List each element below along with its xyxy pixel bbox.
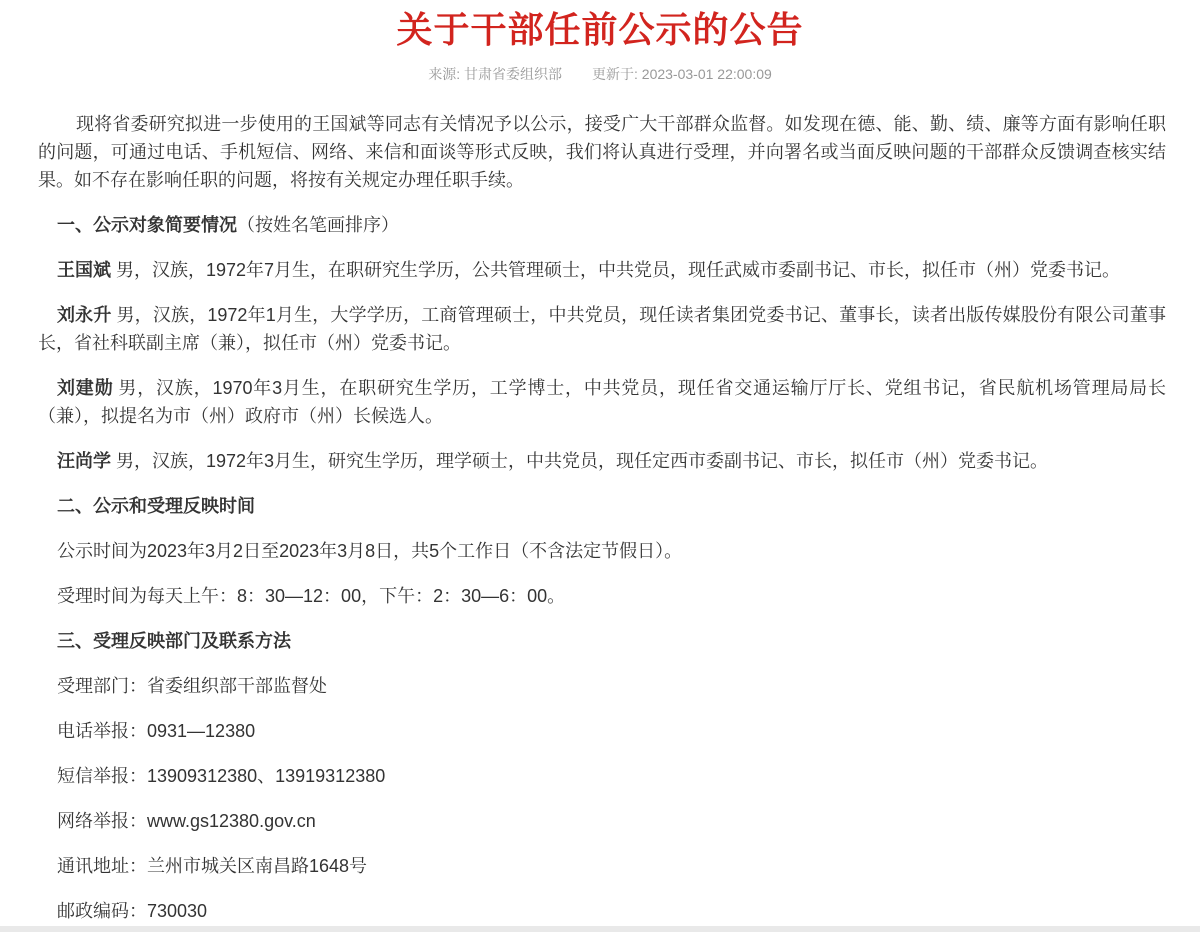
person-row: 刘建勋男，汉族，1970年3月生，在职研究生学历，工学博士，中共党员，现任省交通… bbox=[38, 374, 1166, 430]
section-2-heading: 二、公示和受理反映时间 bbox=[38, 492, 1166, 520]
postal-code-line: 邮政编码：730030 bbox=[38, 897, 1166, 925]
section-3-heading: 三、受理反映部门及联系方法 bbox=[38, 627, 1166, 655]
phone-report-line: 电话举报：0931—12380 bbox=[38, 717, 1166, 745]
person-desc: 男，汉族，1972年1月生，大学学历，工商管理硕士，中共党员，现任读者集团党委书… bbox=[38, 305, 1166, 353]
mailing-address-line: 通讯地址：兰州市城关区南昌路1648号 bbox=[38, 852, 1166, 880]
page-bottom-divider bbox=[0, 926, 1200, 932]
accepting-department-line: 受理部门：省委组织部干部监督处 bbox=[38, 672, 1166, 700]
person-name: 汪尚学 bbox=[57, 451, 111, 471]
person-desc: 男，汉族，1972年7月生，在职研究生学历，公共管理硕士，中共党员，现任武威市委… bbox=[116, 260, 1120, 280]
intro-paragraph: 现将省委研究拟进一步使用的王国斌等同志有关情况予以公示，接受广大干部群众监督。如… bbox=[38, 110, 1166, 194]
article-meta: 来源: 甘肃省委组织部更新于: 2023-03-01 22:00:09 bbox=[0, 67, 1200, 81]
section-1-heading: 一、公示对象简要情况（按姓名笔画排序） bbox=[38, 211, 1166, 239]
person-name: 王国斌 bbox=[57, 260, 111, 280]
article-body: 现将省委研究拟进一步使用的王国斌等同志有关情况予以公示，接受广大干部群众监督。如… bbox=[0, 81, 1200, 925]
page-title: 关于干部任前公示的公告 bbox=[0, 0, 1200, 50]
person-name: 刘永升 bbox=[57, 305, 112, 325]
person-desc: 男，汉族，1970年3月生，在职研究生学历，工学博士，中共党员，现任省交通运输厅… bbox=[38, 378, 1166, 426]
announcement-page: 关于干部任前公示的公告 来源: 甘肃省委组织部更新于: 2023-03-01 2… bbox=[0, 0, 1200, 932]
section-1-heading-text: 一、公示对象简要情况 bbox=[57, 215, 237, 235]
publicity-period-line: 公示时间为2023年3月2日至2023年3月8日，共5个工作日（不含法定节假日）… bbox=[38, 537, 1166, 565]
person-row: 王国斌男，汉族，1972年7月生，在职研究生学历，公共管理硕士，中共党员，现任武… bbox=[38, 256, 1166, 284]
meta-source: 来源: 甘肃省委组织部 bbox=[428, 66, 562, 82]
web-report-line: 网络举报：www.gs12380.gov.cn bbox=[38, 807, 1166, 835]
person-name: 刘建勋 bbox=[57, 378, 113, 398]
person-row: 刘永升男，汉族，1972年1月生，大学学历，工商管理硕士，中共党员，现任读者集团… bbox=[38, 301, 1166, 357]
section-1-heading-note: （按姓名笔画排序） bbox=[237, 215, 399, 235]
acceptance-hours-line: 受理时间为每天上午：8：30—12：00，下午：2：30—6：00。 bbox=[38, 582, 1166, 610]
person-row: 汪尚学男，汉族，1972年3月生，研究生学历，理学硕士，中共党员，现任定西市委副… bbox=[38, 447, 1166, 475]
person-desc: 男，汉族，1972年3月生，研究生学历，理学硕士，中共党员，现任定西市委副书记、… bbox=[116, 451, 1048, 471]
sms-report-line: 短信举报：13909312380、13919312380 bbox=[38, 762, 1166, 790]
meta-updated-time: 更新于: 2023-03-01 22:00:09 bbox=[592, 66, 772, 82]
